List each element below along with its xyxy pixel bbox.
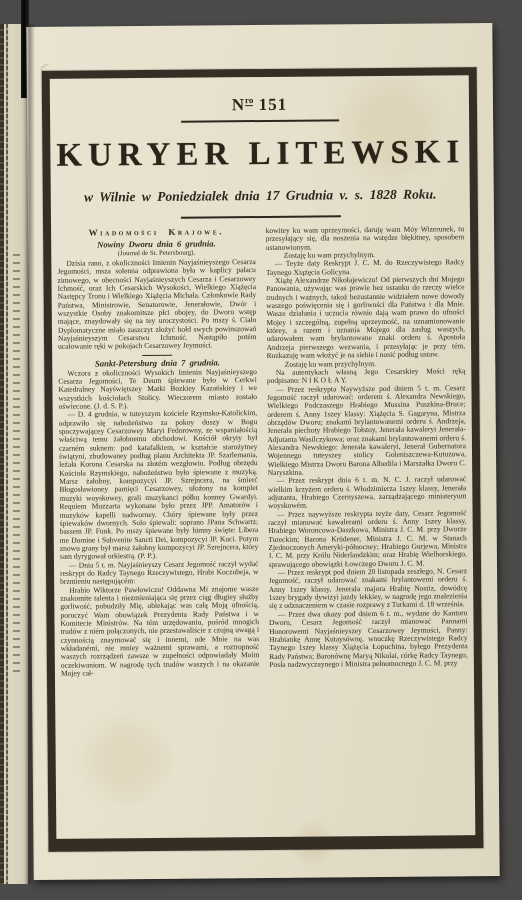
- paragraph: — Przez reskrypta Naywyższe pod dniem 5 …: [267, 384, 466, 478]
- paragraph: — Dnia 5 t. m. Nayjaśnieyszy Cesarz Jego…: [60, 560, 259, 587]
- paragraph: — D. 4 grudnia, w tuteyszym kościele Rzy…: [59, 409, 259, 561]
- paragraph: Wczora z okoliczności Wysokich Imienin N…: [58, 368, 257, 411]
- paragraph: — Przez dwa ukazy pod dniem 6 t. m., wyd…: [269, 609, 468, 669]
- issue-prefix: N: [232, 95, 245, 114]
- page-content: Nro 151 KURYER LITEWSKI w Wilnie w Ponie…: [50, 75, 476, 839]
- adjacent-page-edge: [0, 24, 28, 884]
- paragraph: — Przez reskrypt dnia 6 t. m. N. C. J. r…: [268, 476, 467, 511]
- paragraph: — Przez naywyższe reskrypta teyże daty, …: [268, 509, 467, 569]
- issue-value: 151: [259, 95, 288, 114]
- issue-number: Nro 151: [56, 93, 463, 117]
- right-column: kowitey ku wam uprzeymości, daruję wam M…: [266, 225, 470, 821]
- page-border-frame: Nro 151 KURYER LITEWSKI w Wilnie w Ponie…: [42, 67, 484, 852]
- paragraph: Dzisia rano, z okoliczności Imienin Nayj…: [57, 258, 256, 352]
- paragraph-continuation: kowitey ku wam uprzeymości, daruję wam M…: [266, 225, 465, 252]
- paragraph: Xiążę Alexandrze Nikołajewiczu! Od pierw…: [266, 275, 465, 360]
- paragraph: Hrabio Wiktorze Pawłowiczu! Oddawna Mi z…: [60, 585, 259, 679]
- scan-background: { "page": { "issue_prefix": "N", "issue_…: [0, 0, 522, 900]
- header-rule-top: [181, 119, 339, 122]
- section-heading: Wiadomości Krajowe.: [57, 227, 256, 237]
- adjacent-page-border-inner: [6, 24, 8, 884]
- adjacent-page-text-fragments: [13, 254, 20, 674]
- article-columns: Wiadomości Krajowe. Nowiny Dworu dnia 6 …: [57, 225, 469, 823]
- header-rule-bottom: [180, 215, 340, 218]
- newspaper-page: Nro 151 KURYER LITEWSKI w Wilnie w Ponie…: [26, 23, 499, 880]
- paragraph: — Przez reskrypt pod dniem 20 listopada …: [269, 567, 468, 610]
- adjacent-page-border: [0, 24, 4, 884]
- dateline: w Wilnie w Poniedzialek dnia 17 Grudnia …: [57, 186, 464, 206]
- issue-superscript: ro: [245, 95, 253, 106]
- left-column: Wiadomości Krajowe. Nowiny Dworu dnia 6 …: [57, 227, 261, 823]
- section-divider: [142, 355, 172, 357]
- article-subheading: Nowiny Dworu dnia 6 grudnia.: [57, 239, 256, 249]
- gutter-shadow: [25, 24, 35, 884]
- masthead-title: KURYER LITEWSKI: [56, 134, 463, 175]
